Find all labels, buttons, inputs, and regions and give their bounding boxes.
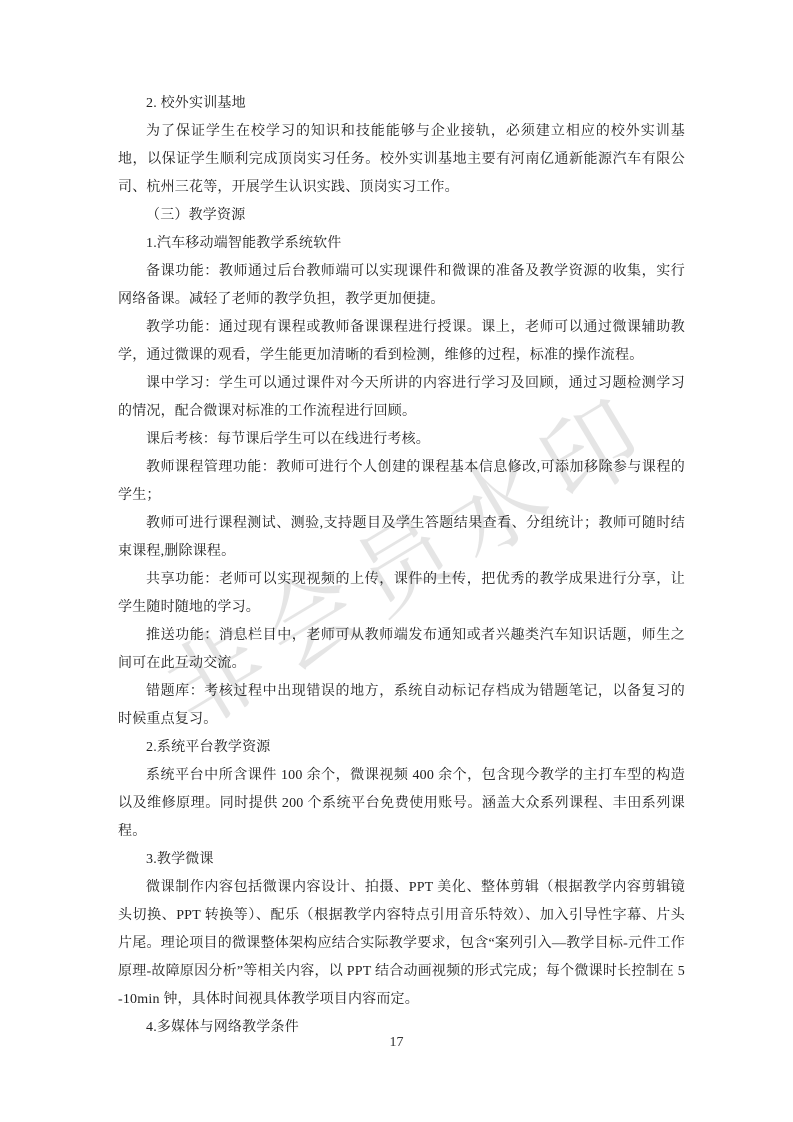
section-heading: 2.系统平台教学资源	[118, 734, 685, 762]
body-paragraph: 微课制作内容包括微课内容设计、拍摄、PPT 美化、整体剪辑（根据教学内容剪辑镜头…	[118, 874, 685, 1014]
body-paragraph: 共享功能：老师可以实现视频的上传，课件的上传，把优秀的教学成果进行分享，让学生随…	[118, 566, 685, 622]
section-heading: 3.教学微课	[118, 846, 685, 874]
body-paragraph: 教师可进行课程测试、测验,支持题目及学生答题结果查看、分组统计；教师可随时结束课…	[118, 510, 685, 566]
body-paragraph: 课中学习：学生可以通过课件对今天所讲的内容进行学习及回顾，通过习题检测学习的情况…	[118, 370, 685, 426]
body-paragraph: 课后考核：每节课后学生可以在线进行考核。	[118, 426, 685, 454]
document-page: 非会员水印 2. 校外实训基地为了保证学生在校学习的知识和技能能够与企业接轨，必…	[0, 0, 793, 1122]
body-paragraph: 推送功能：消息栏目中，老师可从教师端发布通知或者兴趣类汽车知识话题，师生之间可在…	[118, 622, 685, 678]
page-number: 17	[0, 1035, 793, 1051]
body-paragraph: 备课功能：教师通过后台教师端可以实现课件和微课的准备及教学资源的收集，实行网络备…	[118, 258, 685, 314]
section-heading: 2. 校外实训基地	[118, 90, 685, 118]
body-paragraph: 教师课程管理功能：教师可进行个人创建的课程基本信息修改,可添加移除参与课程的学生…	[118, 454, 685, 510]
body-paragraph: 教学功能：通过现有课程或教师备课课程进行授课。课上，老师可以通过微课辅助教学，通…	[118, 314, 685, 370]
body-paragraph: 为了保证学生在校学习的知识和技能能够与企业接轨，必须建立相应的校外实训基地，以保…	[118, 118, 685, 202]
body-paragraph: 系统平台中所含课件 100 余个，微课视频 400 余个，包含现今教学的主打车型…	[118, 762, 685, 846]
section-heading: 1.汽车移动端智能教学系统软件	[118, 230, 685, 258]
document-body: 2. 校外实训基地为了保证学生在校学习的知识和技能能够与企业接轨，必须建立相应的…	[118, 90, 685, 1042]
body-paragraph: 错题库：考核过程中出现错误的地方，系统自动标记存档成为错题笔记，以备复习的时候重…	[118, 678, 685, 734]
section-heading: （三）教学资源	[118, 202, 685, 230]
